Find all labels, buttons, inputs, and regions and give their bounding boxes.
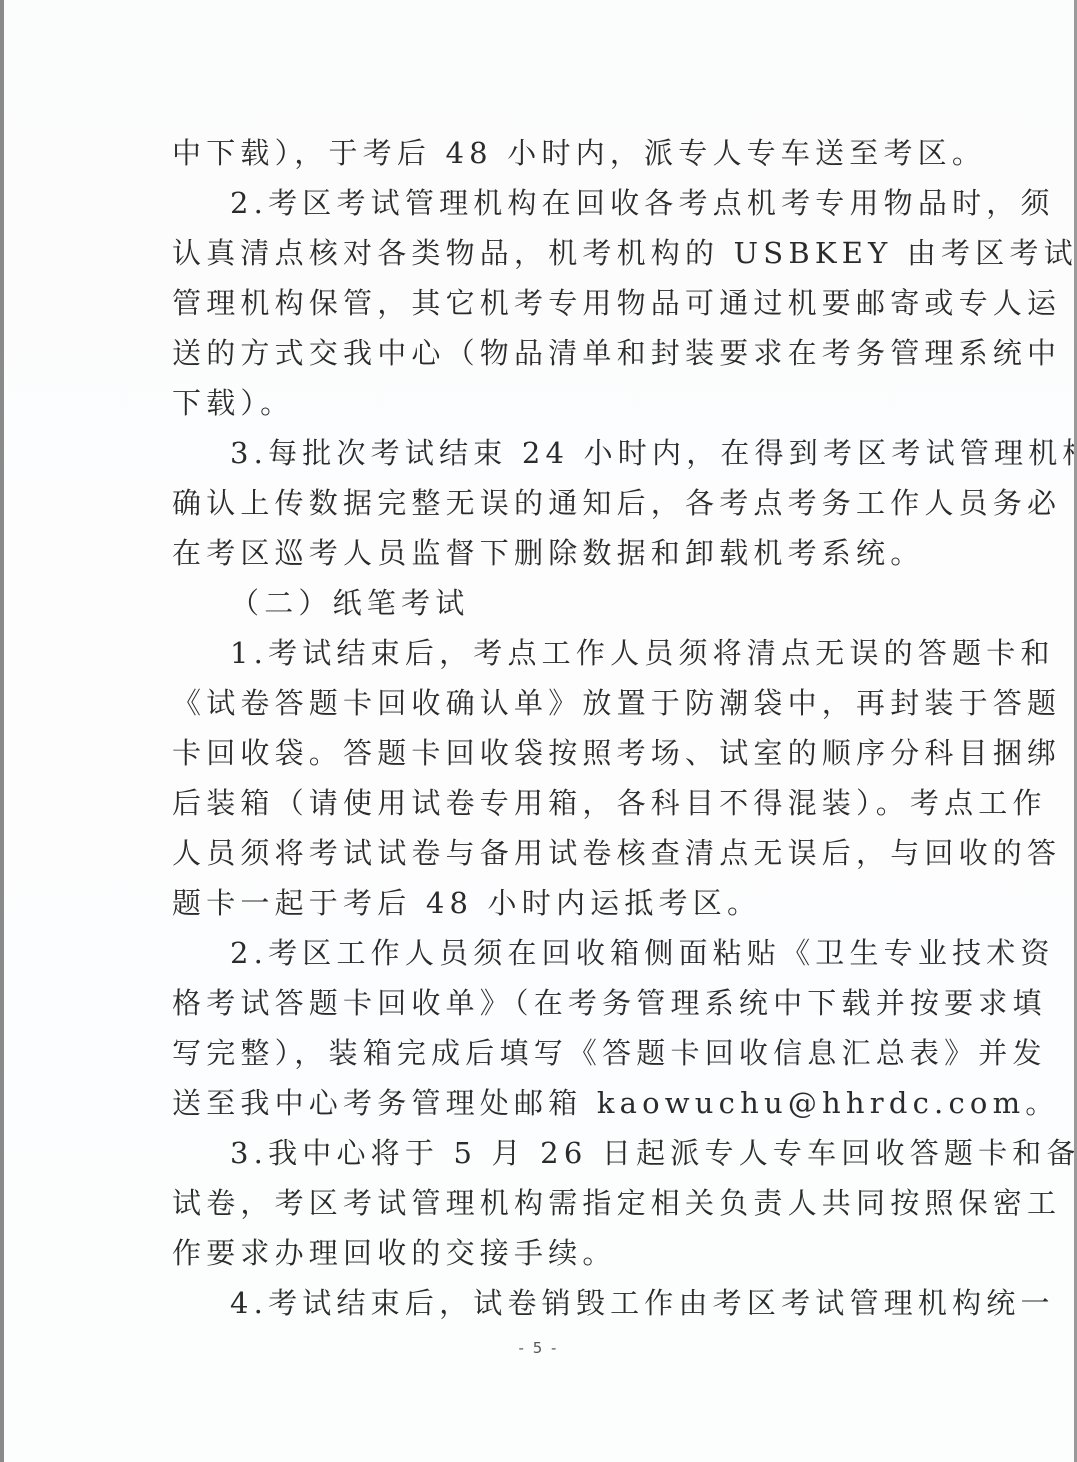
text-line-23: 作要求办理回收的交接手续。 [172, 1228, 920, 1278]
text-line-9: 在考区巡考人员监督下删除数据和卸载机考系统。 [172, 528, 920, 578]
paragraph-item-3-start: 3.每批次考试结束 24 小时内，在得到考区考试管理机构 [172, 428, 920, 478]
paragraph-paper-1-start: 1.考试结束后，考点工作人员须将清点无误的答题卡和 [172, 628, 920, 678]
text-line-19: 写完整），装箱完成后填写《答题卡回收信息汇总表》并发 [172, 1028, 920, 1078]
text-line-16: 题卡一起于考后 48 小时内运抵考区。 [172, 878, 920, 928]
text-line-15: 人员须将考试试卷与备用试卷核查清点无误后，与回收的答 [172, 828, 920, 878]
paragraph-paper-3-start: 3.我中心将于 5 月 26 日起派专人专车回收答题卡和备用 [172, 1128, 920, 1178]
text-line-email: 送至我中心考务管理处邮箱 kaowuchu@hhrdc.com。 [172, 1078, 920, 1128]
text-line-6: 下载）。 [172, 378, 920, 428]
document-page: 中下载），于考后 48 小时内，派专人专车送至考区。 2.考区考试管理机构在回收… [4, 0, 1074, 1462]
document-body: 中下载），于考后 48 小时内，派专人专车送至考区。 2.考区考试管理机构在回收… [172, 128, 920, 1328]
text-line-3: 认真清点核对各类物品，机考机构的 USBKEY 由考区考试 [172, 228, 920, 278]
paragraph-item-2-start: 2.考区考试管理机构在回收各考点机考专用物品时，须 [172, 178, 920, 228]
text-line-4: 管理机构保管，其它机考专用物品可通过机要邮寄或专人运 [172, 278, 920, 328]
text-line-8: 确认上传数据完整无误的通知后，各考点考务工作人员务必 [172, 478, 920, 528]
text-line-12: 《试卷答题卡回收确认单》放置于防潮袋中，再封装于答题 [172, 678, 920, 728]
text-line-14: 后装箱（请使用试卷专用箱，各科目不得混装）。考点工作 [172, 778, 920, 828]
text-line-13: 卡回收袋。答题卡回收袋按照考场、试室的顺序分科目捆绑 [172, 728, 920, 778]
text-line-1: 中下载），于考后 48 小时内，派专人专车送至考区。 [172, 128, 920, 178]
text-line-5: 送的方式交我中心（物品清单和封装要求在考务管理系统中 [172, 328, 920, 378]
section-heading-paper-exam: （二）纸笔考试 [172, 578, 920, 628]
text-line-18: 格考试答题卡回收单》（在考务管理系统中下载并按要求填 [172, 978, 920, 1028]
paragraph-paper-2-start: 2.考区工作人员须在回收箱侧面粘贴《卫生专业技术资 [172, 928, 920, 978]
page-number: - 5 - [0, 1339, 1077, 1357]
paragraph-paper-4-start: 4.考试结束后，试卷销毁工作由考区考试管理机构统一 [172, 1278, 920, 1328]
text-line-22: 试卷，考区考试管理机构需指定相关负责人共同按照保密工 [172, 1178, 920, 1228]
